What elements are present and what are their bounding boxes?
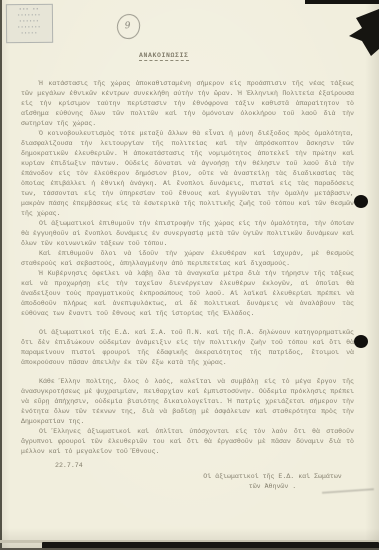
circled-page-number-annotation: 9 <box>115 13 141 41</box>
scan-edge-left <box>0 0 2 550</box>
date: 22.7.74 <box>55 462 83 469</box>
paragraph: Ἡ Κυβέρνησις ὀφείλει νὰ λάβῃ ὅλα τὰ ἀναγ… <box>21 269 354 319</box>
paragraph: Καὶ ἐπιθυμοῦν ὅλοι νὰ ἰδοῦν τὴν χώραν ἐλ… <box>21 249 354 269</box>
paragraph: Ὁ κοινοβουλευτισμὸς τότε μεταξὺ ἄλλων θὰ… <box>21 129 354 219</box>
scan-edge-top <box>305 0 379 4</box>
document-heading: ΑΝΑΚΟΙΝΩΣΙΣ <box>139 52 189 61</box>
page-number-digit: 9 <box>124 20 131 31</box>
paragraph: Οἱ ἀξιωματικοὶ ἐπιθυμοῦν τὴν ἐπιστροφὴν … <box>21 219 354 249</box>
paragraph: Οἱ ἀξιωματικοὶ τῆς Ε.Δ. καὶ Σ.Α. τοῦ Π.Ν… <box>21 328 354 368</box>
signature-line: Οἱ ἀξιωματικοὶ τῆς Ε.Δ. καὶ Σωμάτων <box>190 472 355 482</box>
paragraph: Οἱ Ἕλληνες ἀξιωματικοὶ καὶ ὁπλῖται ὑπόσχ… <box>21 427 354 457</box>
punch-hole-bottom <box>354 335 368 348</box>
paragraph: Ἡ κατάστασις τῆς χώρας ἀποκαθισταμένη σή… <box>21 79 354 129</box>
paragraph: Κάθε Ἕλλην πολίτης, ὅλος ὁ λαός, καλεῖτα… <box>21 377 354 427</box>
torn-corner-shadow <box>347 8 379 58</box>
scanned-document-page: { "colors": { "paper": "#f1eedd", "ink":… <box>0 0 379 550</box>
punch-hole-top <box>354 195 368 208</box>
signature-block: Οἱ ἀξιωματικοὶ τῆς Ε.Δ. καὶ Σωμάτων τῶν … <box>190 472 355 492</box>
document-body: Ἡ κατάστασις τῆς χώρας ἀποκαθισταμένη σή… <box>21 79 354 457</box>
archive-stamp: ▪▪▪ ▪▪ ▪▪▪▪▪▪▪ ▪▪▪▪▪▪ ▪▪▪▪▪▪▪ ▪▪▪▪▪ <box>6 4 53 43</box>
stamp-row: ▪▪▪▪▪ <box>10 31 49 37</box>
